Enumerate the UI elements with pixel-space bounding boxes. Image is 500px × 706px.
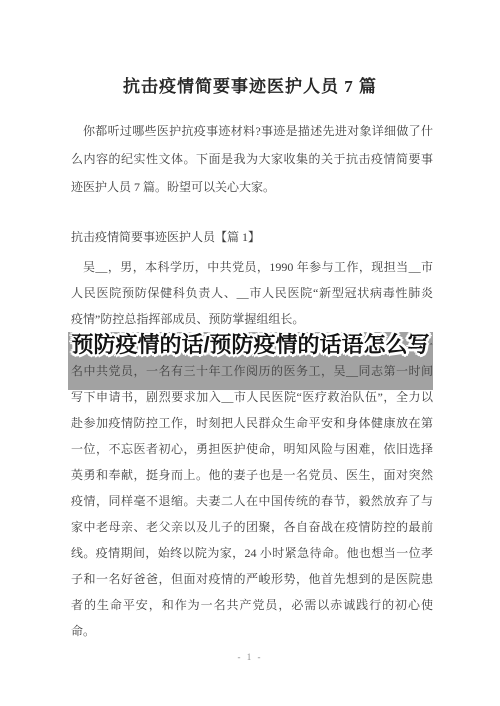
section-heading: 抗击疫情简要事迹医护人员【篇 1】: [71, 224, 433, 250]
text-line: 疫情，同样毫不退缩。夫妻二人在中国传统的春节，毅然放弃了与: [71, 488, 433, 514]
text-line: 名中共党员，一名有三十年工作阅历的医务工，吴__同志第一时间: [71, 358, 433, 384]
body-paragraph-continued: 名中共党员，一名有三十年工作阅历的医务工，吴__同志第一时间写下申请书，剧烈要求…: [71, 358, 433, 644]
overlay-headline: 预防疫情的话/预防疫情的话语怎么写: [63, 331, 438, 359]
body-paragraph-start: 吴__，男，本科学历，中共党员，1990 年参与工作，现担当__市人民医院预防保…: [71, 254, 433, 332]
text-line: 家中老母亲、老父亲以及儿子的团聚，各自奋战在疫情防控的最前: [71, 514, 433, 540]
text-line: 么内容的纪实性文体。下面是我为大家收集的关于抗击疫情简要事: [71, 145, 433, 173]
page-number: - 1 -: [0, 652, 500, 662]
text-line: 迹医护人员 7 篇。盼望可以关心大家。: [71, 173, 433, 201]
text-line: 命。: [71, 618, 433, 644]
text-line: 写下申请书，剧烈要求加入__市人民医院“医疗救治队伍”，全力以: [71, 384, 433, 410]
text-line: 疫情”防控总指挥部成员、预防掌握组组长。: [71, 306, 433, 332]
document-title: 抗击疫情简要事迹医护人员 7 篇: [0, 72, 500, 97]
text-line: 线。疫情期间，始终以院为家，24 小时紧急待命。他也想当一位孝: [71, 540, 433, 566]
text-line: 赴参加疫情防控工作，时刻把人民群众生命平安和身体健康放在第: [71, 410, 433, 436]
text-line: 者的生命平安，和作为一名共产党员，必需以赤诚践行的初心使: [71, 592, 433, 618]
text-line: 你都听过哪些医护抗疫事迹材料?事迹是描述先进对象详细做了什: [71, 117, 433, 145]
intro-paragraph: 你都听过哪些医护抗疫事迹材料?事迹是描述先进对象详细做了什么内容的纪实性文体。下…: [71, 117, 433, 201]
text-line: 一位，不忘医者初心，勇担医护使命，明知风险与困难，依旧选择: [71, 436, 433, 462]
text-line: 子和一名好爸爸，但面对疫情的严峻形势，他首先想到的是医院患: [71, 566, 433, 592]
text-line: 英勇和奉献，挺身而上。他的妻子也是一名党员、医生，面对突然: [71, 462, 433, 488]
text-line: 人民医院预防保健科负责人、__市人民医院“新型冠状病毒性肺炎: [71, 280, 433, 306]
document-page: 抗击疫情简要事迹医护人员 7 篇 你都听过哪些医护抗疫事迹材料?事迹是描述先进对…: [0, 0, 500, 706]
text-line: 吴__，男，本科学历，中共党员，1990 年参与工作，现担当__市: [71, 254, 433, 280]
